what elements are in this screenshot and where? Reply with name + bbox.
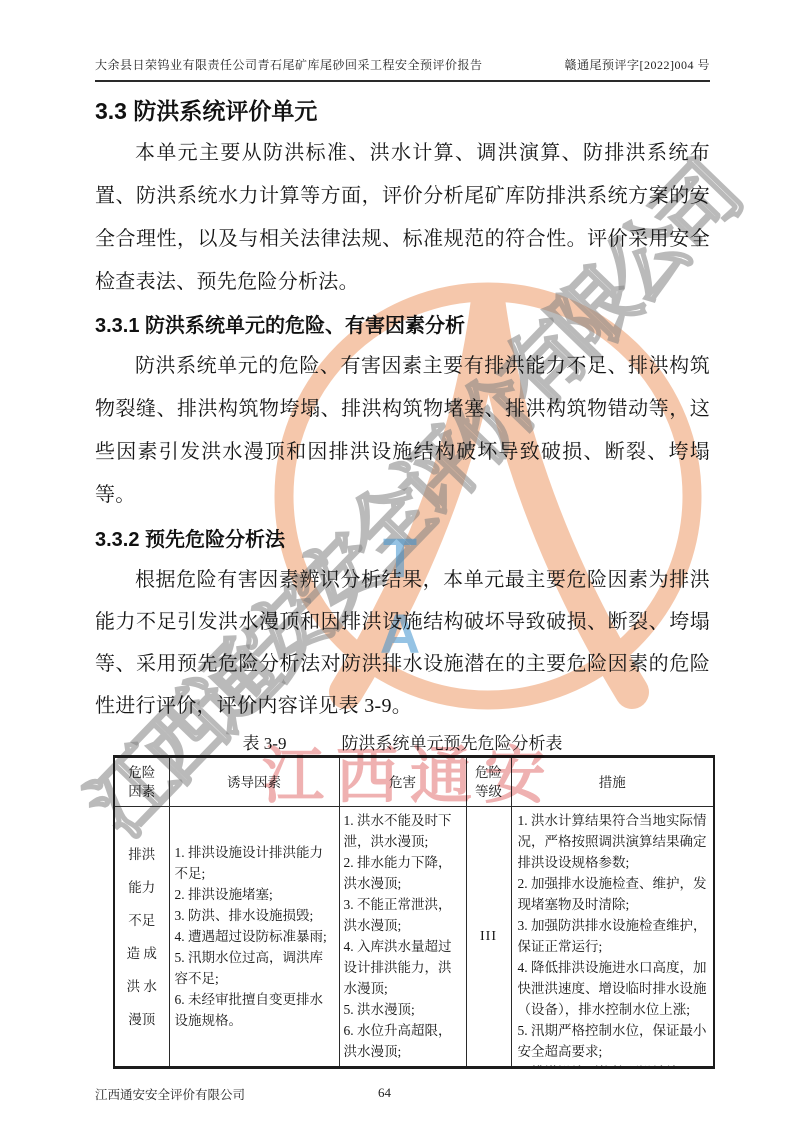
list-item: 5. 汛期水位过高，调洪库容不足;: [175, 947, 334, 989]
list-item: 1. 排洪设施设计排洪能力不足;: [175, 842, 334, 884]
list-item: 2. 排洪设施堵塞;: [175, 884, 334, 905]
cell-inducing-factors: 1. 排洪设施设计排洪能力不足; 2. 排洪设施堵塞; 3. 防洪、排水设施损毁…: [169, 807, 339, 1068]
col-header-harm: 危害: [339, 757, 466, 807]
cell-hazard-factor: 排洪 能力 不足 造 成 洪 水 漫顶: [114, 807, 169, 1068]
list-item: 6. 未经审批擅自变更排水设施规格。: [175, 989, 334, 1031]
header-report-title: 大余县日荣钨业有限责任公司青石尾矿库尾砂回采工程安全预评价报告: [95, 56, 483, 73]
list-item: 5. 洪水漫顶;: [344, 999, 462, 1020]
col-header-hazard-factor: 危险 因素: [114, 757, 169, 807]
list-item: 5. 汛期严格控制水位，保证最小安全超高要求;: [518, 1020, 708, 1062]
paragraph-unit-overview: 本单元主要从防洪标准、洪水计算、调洪演算、防排洪系统布置、防洪系统水力计算等方面…: [95, 132, 710, 304]
page-number: 64: [378, 1085, 391, 1101]
section-heading-3-3-2: 3.3.2 预先危险分析法: [95, 526, 710, 554]
table-caption: 表 3-9 防洪系统单元预先危险分析表: [95, 729, 710, 753]
list-item: 2. 加强排水设施检查、维护，发现堵塞物及时清除;: [518, 873, 708, 915]
list-item: 1. 洪水不能及时下泄，洪水漫顶;: [344, 810, 462, 852]
table-caption-label: 表 3-9: [243, 729, 287, 754]
col-header-measures: 措施: [511, 757, 714, 807]
paragraph-hazard-factors: 防洪系统单元的危险、有害因素主要有排洪能力不足、排洪构筑物裂缝、排洪构筑物垮塌、…: [95, 345, 710, 517]
col-header-inducing-factor: 诱导因素: [169, 757, 339, 807]
list-item: 3. 加强防洪排水设施检查维护，保证正常运行;: [518, 915, 708, 957]
list-item: 4. 遭遇超过设防标准暴雨;: [175, 926, 334, 947]
page-header: 大余县日荣钨业有限责任公司青石尾矿库尾砂回采工程安全预评价报告 赣通尾预评字[2…: [95, 56, 710, 82]
pha-table: 危险 因素 诱导因素 危害 危险 等级 措施: [113, 755, 715, 1069]
section-heading-3-3-1: 3.3.1 防洪系统单元的危险、有害因素分析: [95, 312, 710, 340]
cell-measures: 1. 洪水计算结果符合当地实际情况，严格按照调洪演算结果确定排洪设设规格参数; …: [511, 807, 714, 1068]
section-heading-3-3: 3.3 防洪系统评价单元: [95, 96, 710, 126]
list-item: 4. 入库洪水量超过设计排洪能力，洪水漫顶;: [344, 936, 462, 999]
col-header-risk-level: 危险 等级: [466, 757, 511, 807]
list-item: 4. 降低排洪设施进水口高度，加快泄洪速度、增设临时排水设施（设备），排水控制水…: [518, 957, 708, 1020]
table-row: 排洪 能力 不足 造 成 洪 水 漫顶 1. 排洪设施设计排洪能力不足; 2. …: [114, 807, 714, 1068]
list-item: 6. 水位升高超限，洪水漫顶;: [344, 1020, 462, 1062]
document-page: 江西通安安全评价有限公司 T A 大余县日荣钨业有限责任公司青石尾矿库尾砂回采工…: [0, 0, 800, 1131]
list-item: 3. 防洪、排水设施损毁;: [175, 905, 334, 926]
cell-harm: 1. 洪水不能及时下泄，洪水漫顶; 2. 排水能力下降，洪水漫顶; 3. 不能正…: [339, 807, 466, 1068]
cell-risk-level: III: [466, 807, 511, 1068]
footer-company-name: 江西通安安全评价有限公司: [95, 1088, 245, 1102]
table-caption-title: 防洪系统单元预先危险分析表: [341, 729, 562, 754]
list-item: 7. 排洪设施严格按照设计施工、验: [518, 1062, 708, 1066]
list-item: 1. 洪水计算结果符合当地实际情况，严格按照调洪演算结果确定排洪设设规格参数;: [518, 810, 708, 873]
paragraph-pha-method: 根据危险有害因素辨识分析结果，本单元最主要危险因素为排洪能力不足引发洪水漫顶和因…: [95, 559, 710, 727]
list-item: 3. 不能正常泄洪，洪水漫顶;: [344, 894, 462, 936]
table-header-row: 危险 因素 诱导因素 危害 危险 等级 措施: [114, 757, 714, 807]
page-footer: 江西通安安全评价有限公司 64: [95, 1085, 710, 1103]
list-item: 2. 排水能力下降，洪水漫顶;: [344, 852, 462, 894]
page-content: 大余县日荣钨业有限责任公司青石尾矿库尾砂回采工程安全预评价报告 赣通尾预评字[2…: [0, 0, 800, 1131]
header-doc-number: 赣通尾预评字[2022]004 号: [565, 56, 711, 73]
